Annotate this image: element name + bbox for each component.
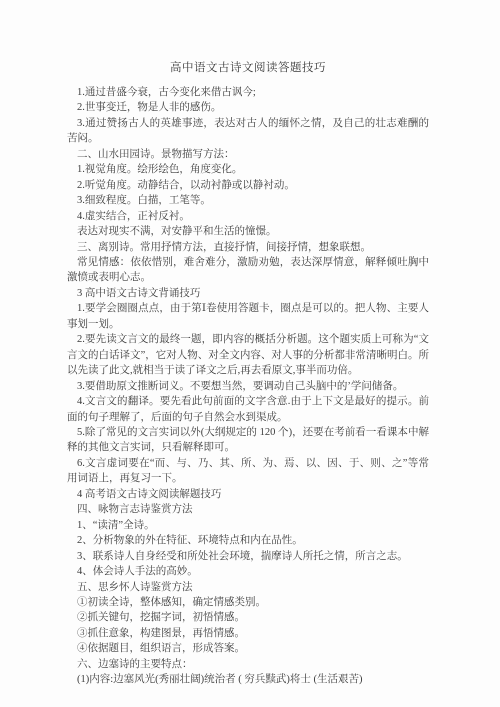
paragraph: 4 高考语文古诗文阅读解题技巧	[67, 487, 429, 502]
document-content: 高中语文古诗文阅读答题技巧 1.通过昔盛今衰，古今变化来借古讽今;2.世事变迁，…	[67, 60, 429, 688]
paragraph: 6.文言虚词要在“而、与、乃、其、所、为、焉、以、因、于、则、之”等常用词语上，…	[67, 456, 429, 487]
paragraph: 1.通过昔盛今衰，古今变化来借古讽今;	[67, 85, 429, 100]
paragraph: 2、分析物象的外在特征、环境特点和内在品性。	[67, 533, 429, 548]
document-body: 1.通过昔盛今衰，古今变化来借古讽今;2.世事变迁，物是人非的感伤。3.通过赞扬…	[67, 85, 429, 688]
paragraph: 3.要借助原文推断词义。不要想当然，要调动自己头脑中的’学问储备。	[67, 379, 429, 394]
paragraph: 5.除了常见的文言实词以外(大纲规定的 120 个)，还要在考前看一看课本中解释…	[67, 425, 429, 456]
paragraph: 二、山水田园诗。景物描写方法：	[67, 147, 429, 162]
paragraph: 4.虚实结合，正衬反衬。	[67, 209, 429, 224]
paragraph: (1)内容:边塞风光(秀丽壮阔)统治者 ( 穷兵黩武)将士 (生活艰苦)	[67, 672, 429, 687]
paragraph: 3.细致程度。白描，工笔等。	[67, 193, 429, 208]
paragraph: ③抓住意象，构建图景，再悟情感。	[67, 626, 429, 641]
paragraph: 3、联系诗人自身经受和所处社会环境，揣摩诗人所托之情，所言之志。	[67, 549, 429, 564]
document-page: 高中语文古诗文阅读答题技巧 1.通过昔盛今衰，古今变化来借古讽今;2.世事变迁，…	[0, 0, 500, 707]
paragraph: 1.视觉角度。绘形绘色，角度变化。	[67, 162, 429, 177]
paragraph: 六、边塞诗的主要特点：	[67, 657, 429, 672]
paragraph: 2.要先读文言文的最终一题，即内容的概括分析题。这个题实质上可称为“文言文的白话…	[67, 332, 429, 378]
paragraph: 4.文言文的翻译。要先看此句前面的文字含意.由于上下文是最好的提示。前面的句子理…	[67, 394, 429, 425]
paragraph: 四、咏物言志诗鉴赏方法	[67, 502, 429, 517]
paragraph: 1.要学会圈圈点点，由于第Ⅰ卷使用答题卡，圈点是可以的。把人物、主要人事划一划。	[67, 301, 429, 332]
paragraph: 1、“读清”全诗。	[67, 518, 429, 533]
paragraph: ②抓关键句，挖掘字词，初悟情感。	[67, 610, 429, 625]
document-title: 高中语文古诗文阅读答题技巧	[67, 60, 429, 76]
paragraph: 常见情感：依依惜别，难舍难分，激励劝勉，表达深厚情意，解释倾吐胸中激愤或表明心志…	[67, 255, 429, 286]
paragraph: 4、体会诗人手法的高妙。	[67, 564, 429, 579]
paragraph: 3 高中语文古诗文背诵技巧	[67, 286, 429, 301]
paragraph: 2.听觉角度。动静结合，以动衬静或以静衬动。	[67, 178, 429, 193]
paragraph: 五、思乡怀人诗鉴赏方法	[67, 580, 429, 595]
paragraph: ④依据题目，组织语言，形成答案。	[67, 641, 429, 656]
paragraph: 3.通过赞扬古人的英雄事迹，表达对古人的缅怀之情，及自己的壮志难酬的苦闷。	[67, 116, 429, 147]
paragraph: 表达对现实不满，对安静平和生活的憧憬。	[67, 224, 429, 239]
paragraph: ①初读全诗，整体感知，确定情感类别。	[67, 595, 429, 610]
paragraph: 2.世事变迁，物是人非的感伤。	[67, 100, 429, 115]
paragraph: 三、离别诗。常用抒情方法，直接抒情，间接抒情，想象联想。	[67, 240, 429, 255]
